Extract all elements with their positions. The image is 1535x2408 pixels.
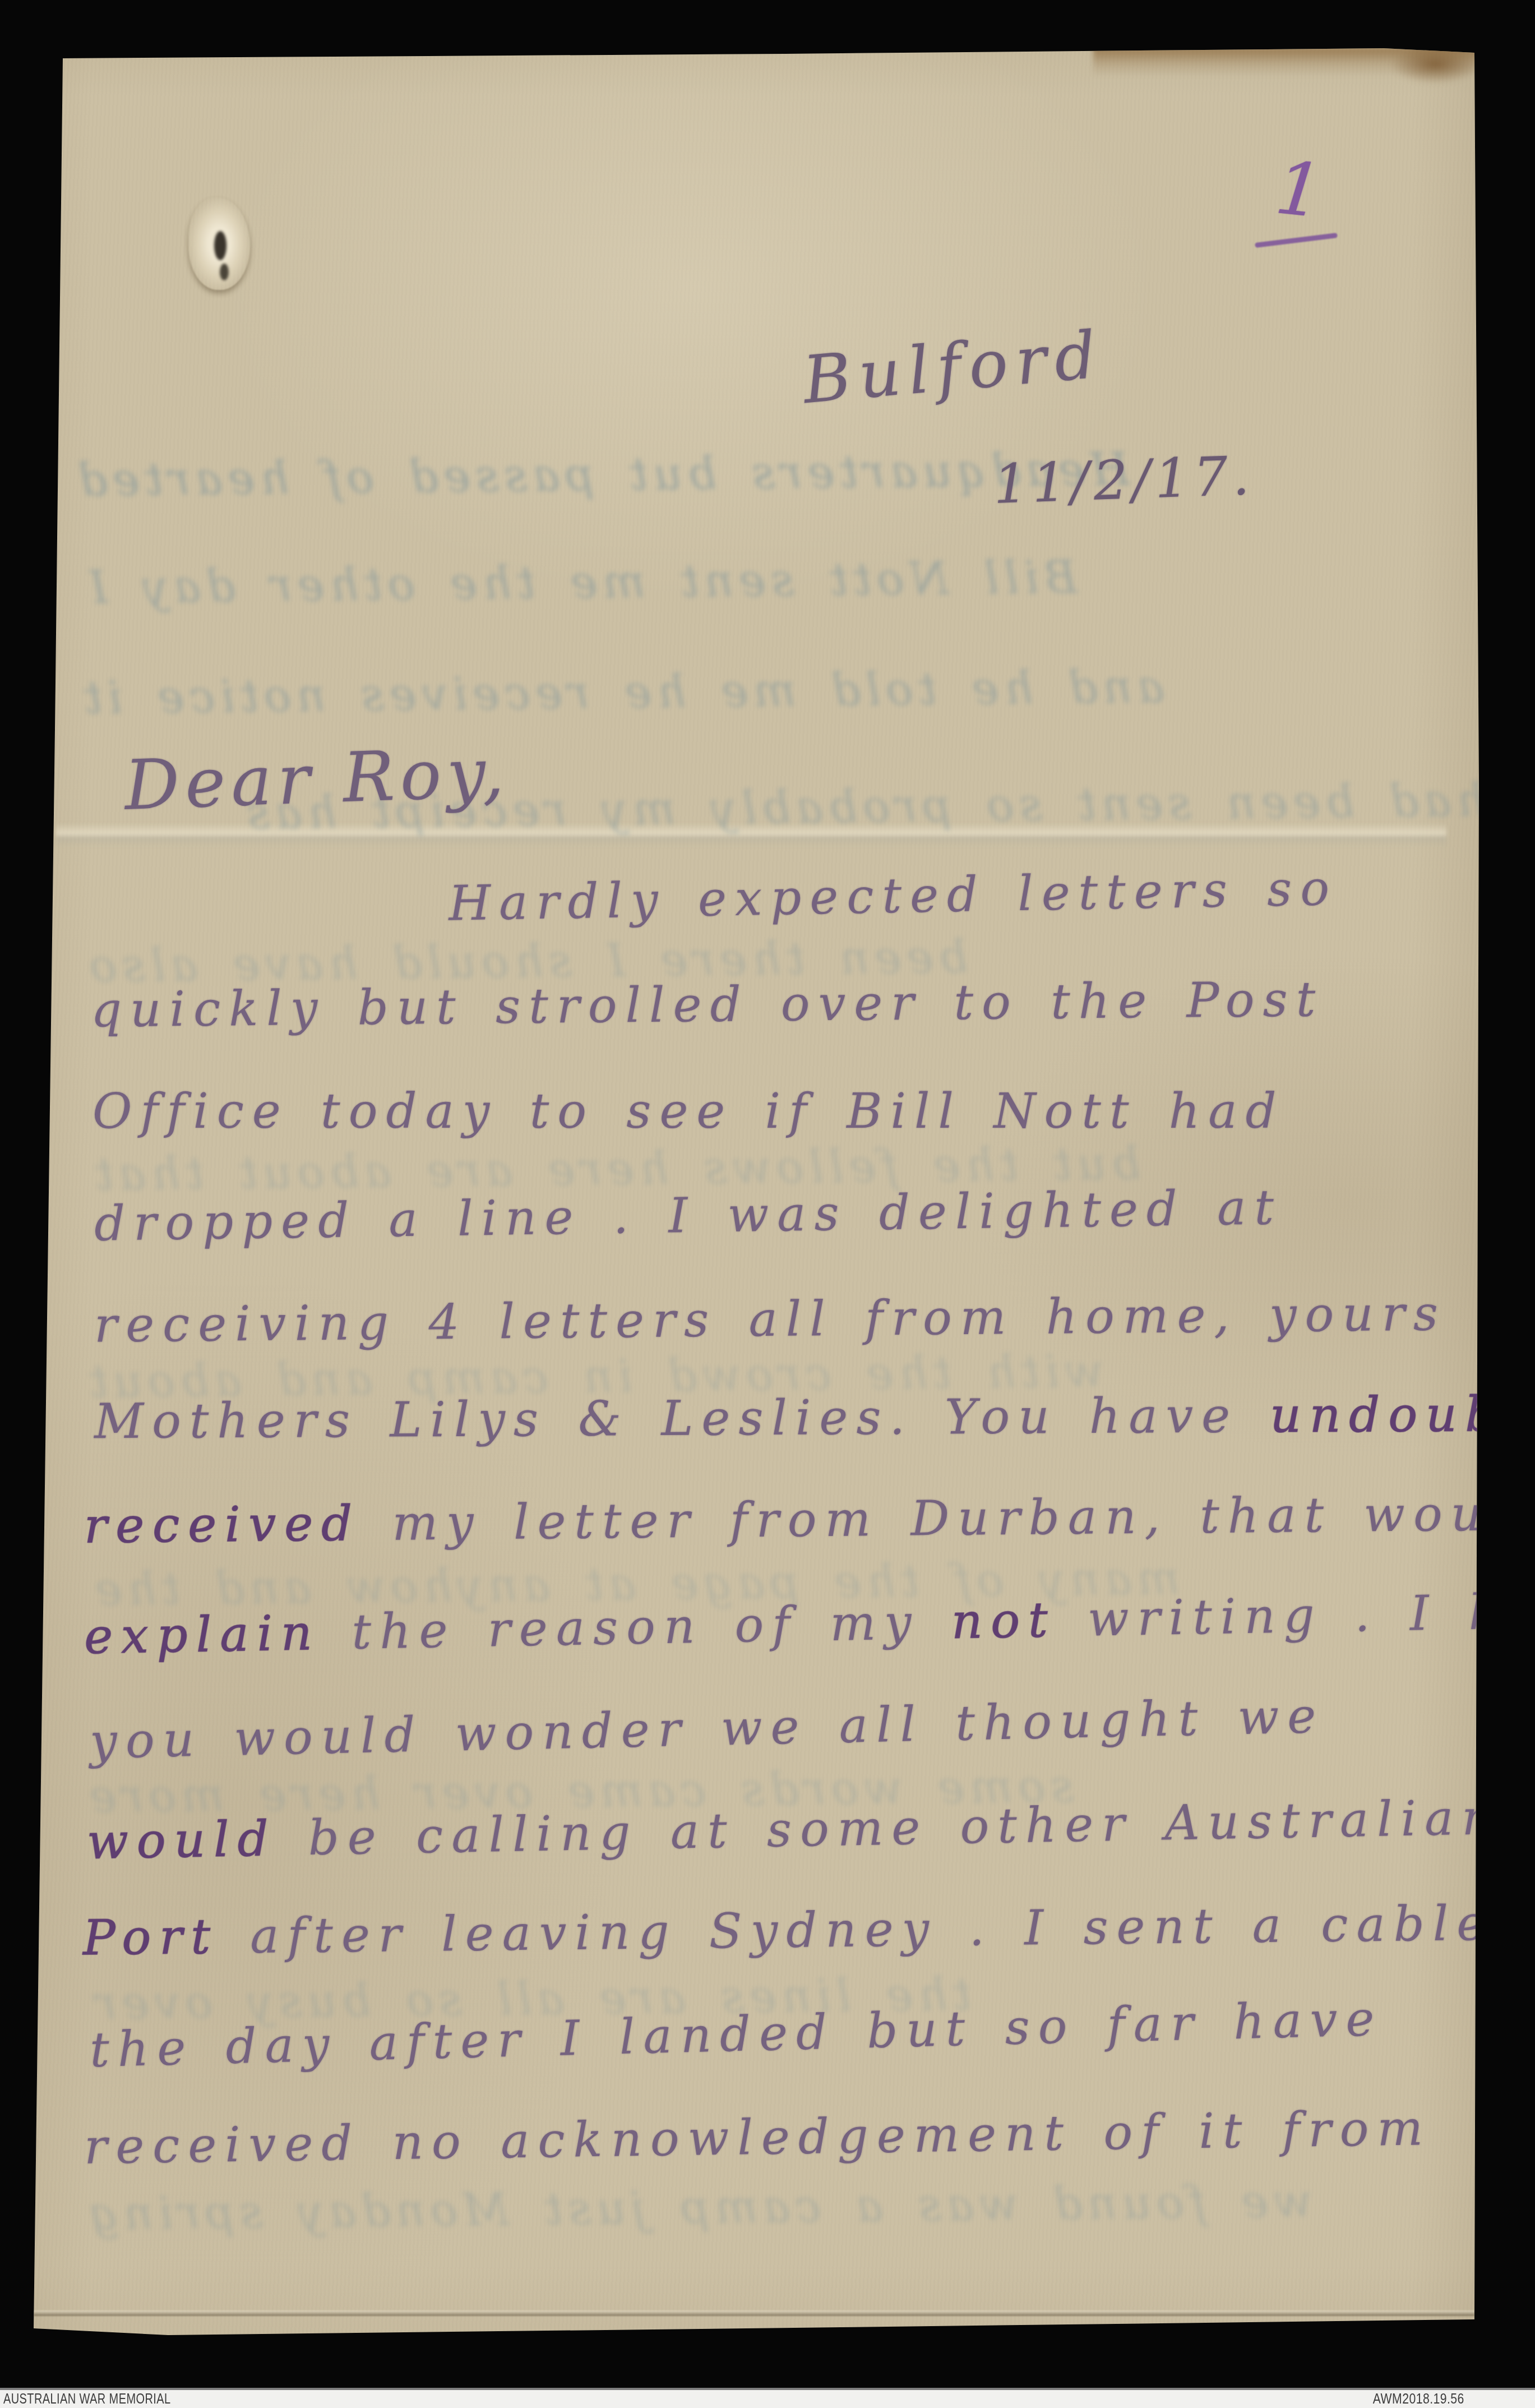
letter-line: Hardly expected letters so: [448, 860, 1338, 932]
bleed-through-text: and he told me he receives notice it: [78, 661, 1165, 724]
letter-line: Mothers Lilys & Leslies. You have undoub…: [94, 1386, 1535, 1450]
retraced-word: undoubtedly: [1270, 1386, 1535, 1444]
retraced-word: not: [951, 1592, 1056, 1650]
tear-shadow: [220, 264, 229, 280]
letter-paper: Headquarters but passed of hearted Bill …: [0, 0, 1535, 2408]
letter-line: received my letter from Durban, that wou…: [84, 1486, 1535, 1554]
watermark-bar: [0, 2390, 1535, 2408]
letter-text-segment: you would wonder we all thought we: [89, 1688, 1325, 1770]
archive-watermark: AUSTRALIAN WAR MEMORIAL: [3, 2391, 171, 2407]
retraced-word: explain: [84, 1605, 321, 1665]
letter-line: received no acknowledgement of it from: [84, 2100, 1431, 2175]
page-number: 1: [1272, 145, 1326, 234]
letter-text-segment: after leaving Sydney . I sent a cable: [218, 1895, 1494, 1965]
letter-text-segment: Mothers Lilys & Leslies. You have: [94, 1387, 1270, 1450]
retraced-word: would: [86, 1811, 277, 1870]
letter-text-segment: receiving 4 letters all from home, yours: [94, 1285, 1447, 1353]
corner-stain: [1390, 45, 1480, 84]
letter-text-segment: my letter from Durban, that would: [360, 1486, 1535, 1552]
bleed-through-text: we found was a camp just Monday spring: [84, 2175, 1312, 2240]
letter-line: quickly but strolled over to the Post: [91, 971, 1324, 1038]
catalog-number: AWM2018.19.56: [1373, 2391, 1464, 2407]
paper-hole-tear: [188, 197, 250, 290]
page-number-underline: [1255, 233, 1338, 248]
letter-line: you would wonder we all thought we: [89, 1688, 1325, 1770]
letter-text-segment: the reason of my: [320, 1594, 951, 1661]
letter-text-segment: writing . I know: [1056, 1582, 1535, 1648]
heading-date: 11/2/17.: [992, 444, 1255, 516]
tear-shadow: [214, 231, 226, 260]
retraced-word: Port: [83, 1909, 219, 1967]
bottom-fold-crease: [34, 2310, 1474, 2316]
letter-line: receiving 4 letters all from home, yours: [94, 1285, 1447, 1353]
letter-text-segment: Hardly expected letters so: [448, 860, 1338, 932]
salutation: Dear Roy,: [123, 732, 511, 825]
letter-text-segment: received no acknowledgement of it from: [84, 2100, 1431, 2175]
letter-line: Port after leaving Sydney . I sent a cab…: [83, 1895, 1494, 1966]
bleed-through-text: Bill Nott sent me the other day I: [84, 551, 1078, 614]
retraced-word: received: [84, 1496, 361, 1554]
letter-text-segment: quickly but strolled over to the Post: [91, 971, 1324, 1038]
letter-line: Office today to see if Bill Nott had: [93, 1083, 1285, 1140]
bleed-through-text: Headquarters but passed of hearted: [73, 443, 1130, 506]
heading-place: Bulford: [800, 317, 1107, 418]
photo-background: Headquarters but passed of hearted Bill …: [0, 0, 1535, 2408]
letter-text-segment: Office today to see if Bill Nott had: [93, 1083, 1285, 1140]
